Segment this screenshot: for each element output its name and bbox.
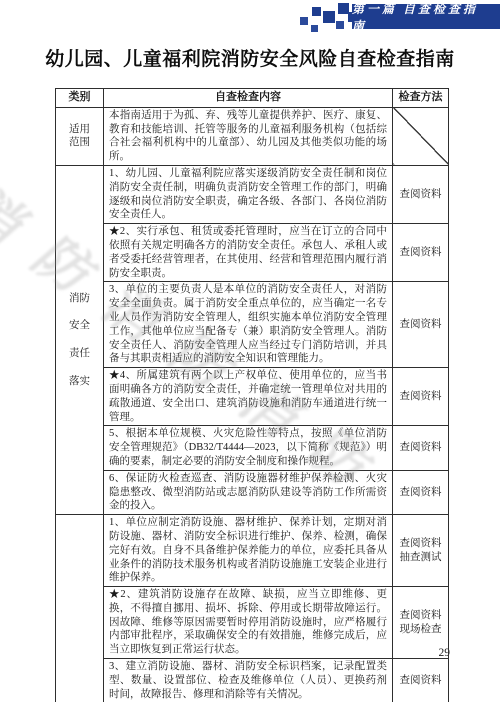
category-cell-responsibility: 消防 安全 责任 落实 [56,165,104,514]
table-row: 消防 安全 责任 落实 1、幼儿园、儿童福利院应落实逐级消防安全责任制和岗位消防… [56,165,449,223]
column-header-method: 检查方法 [393,89,449,108]
content-cell: 6、保证防火检查巡查、消防设施器材维护保养检测、火灾隐患整改、微型消防站或志愿消… [104,470,393,514]
page-title: 幼儿园、儿童福利院消防安全风险自查检查指南 [0,44,500,71]
category-cell-blank [56,515,104,702]
table-row: ★2、建筑消防设施存在故障、缺损，应当立即维修、更换，不得擅自挪用、损坏、拆除、… [56,587,449,659]
document-page: 第一篇 自查检查指南 幼儿园、儿童福利院消防安全风险自查检查指南 消防消防消防 … [0,0,500,702]
table-row: 1、单位应制定消防设施、器材维护、保养计划，定期对消防设施、器材、消防安全标识进… [56,515,449,587]
content-cell: ★2、建筑消防设施存在故障、缺损，应当立即维修、更换，不得擅自挪用、损坏、拆除、… [104,587,393,659]
content-cell: 1、单位应制定消防设施、器材维护、保养计划，定期对消防设施、器材、消防安全标识进… [104,515,393,587]
category-cell-scope: 适用 范围 [56,107,104,165]
table-row: ★4、所属建筑有两个以上产权单位、使用单位的，应当书面明确各方的消防安全责任，并… [56,368,449,426]
column-header-category: 类别 [56,89,104,108]
inspection-table-container: 类别 自查检查内容 检查方法 适用 范围 本指南适用于为孤、弃、残等儿童提供养护… [55,88,448,702]
inspection-table: 类别 自查检查内容 检查方法 适用 范围 本指南适用于为孤、弃、残等儿童提供养护… [55,88,449,702]
mosaic-square-icon [311,25,318,32]
table-row: 适用 范围 本指南适用于为孤、弃、残等儿童提供养护、医疗、康复、教育和技能培训、… [56,107,449,165]
content-cell: 3、建立消防设施、器材、消防安全标识档案，记录配置类型、数量、设置部位、检查及维… [104,659,393,702]
method-cell: 查阅资料 [393,224,449,282]
method-cell: 查阅资料 抽查测试 [393,515,449,587]
table-row: 6、保证防火检查巡查、消防设施器材维护保养检测、火灾隐患整改、微型消防站或志愿消… [56,470,449,514]
content-cell: 1、幼儿园、儿童福利院应落实逐级消防安全责任制和岗位消防安全责任制，明确负责消防… [104,165,393,223]
mosaic-square-icon [336,21,344,29]
method-cell: 查阅资料 [393,659,449,702]
mosaic-square-icon [300,17,308,25]
chapter-banner: 第一篇 自查检查指南 [352,4,500,29]
mosaic-square-icon [323,11,335,23]
table-row: 5、根据本单位规模、火灾危险性等特点，按照《单位消防安全管理规范》（DB32/T… [56,426,449,470]
table-row: 3、单位的主要负责人是本单位的消防安全责任人，对消防安全全面负责。属于消防安全重… [56,282,449,368]
method-cell: 查阅资料 [393,368,449,426]
content-cell: ★4、所属建筑有两个以上产权单位、使用单位的，应当书面明确各方的消防安全责任，并… [104,368,393,426]
content-cell: 3、单位的主要负责人是本单位的消防安全责任人，对消防安全全面负责。属于消防安全重… [104,282,393,368]
table-row: ★2、实行承包、租赁或委托管理时，应当在订立的合同中依照有关规定明确各方的消防安… [56,224,449,282]
content-cell: ★2、实行承包、租赁或委托管理时，应当在订立的合同中依照有关规定明确各方的消防安… [104,224,393,282]
method-cell: 查阅资料 [393,426,449,470]
method-cell: 查阅资料 [393,165,449,223]
column-header-content: 自查检查内容 [104,89,393,108]
mosaic-square-icon [312,7,321,16]
table-header-row: 类别 自查检查内容 检查方法 [56,89,449,108]
method-cell: 查阅资料 [393,470,449,514]
content-cell: 5、根据本单位规模、火灾危险性等特点，按照《单位消防安全管理规范》（DB32/T… [104,426,393,470]
diagonal-slash-cell [393,107,449,165]
chapter-banner-label: 第一篇 自查检查指南 [352,0,488,34]
content-cell: 本指南适用于为孤、弃、残等儿童提供养护、医疗、康复、教育和技能培训、托管等服务的… [104,107,393,165]
method-cell: 查阅资料 现场检查 [393,587,449,659]
table-row: 3、建立消防设施、器材、消防安全标识档案，记录配置类型、数量、设置部位、检查及维… [56,659,449,702]
method-cell: 查阅资料 [393,282,449,368]
